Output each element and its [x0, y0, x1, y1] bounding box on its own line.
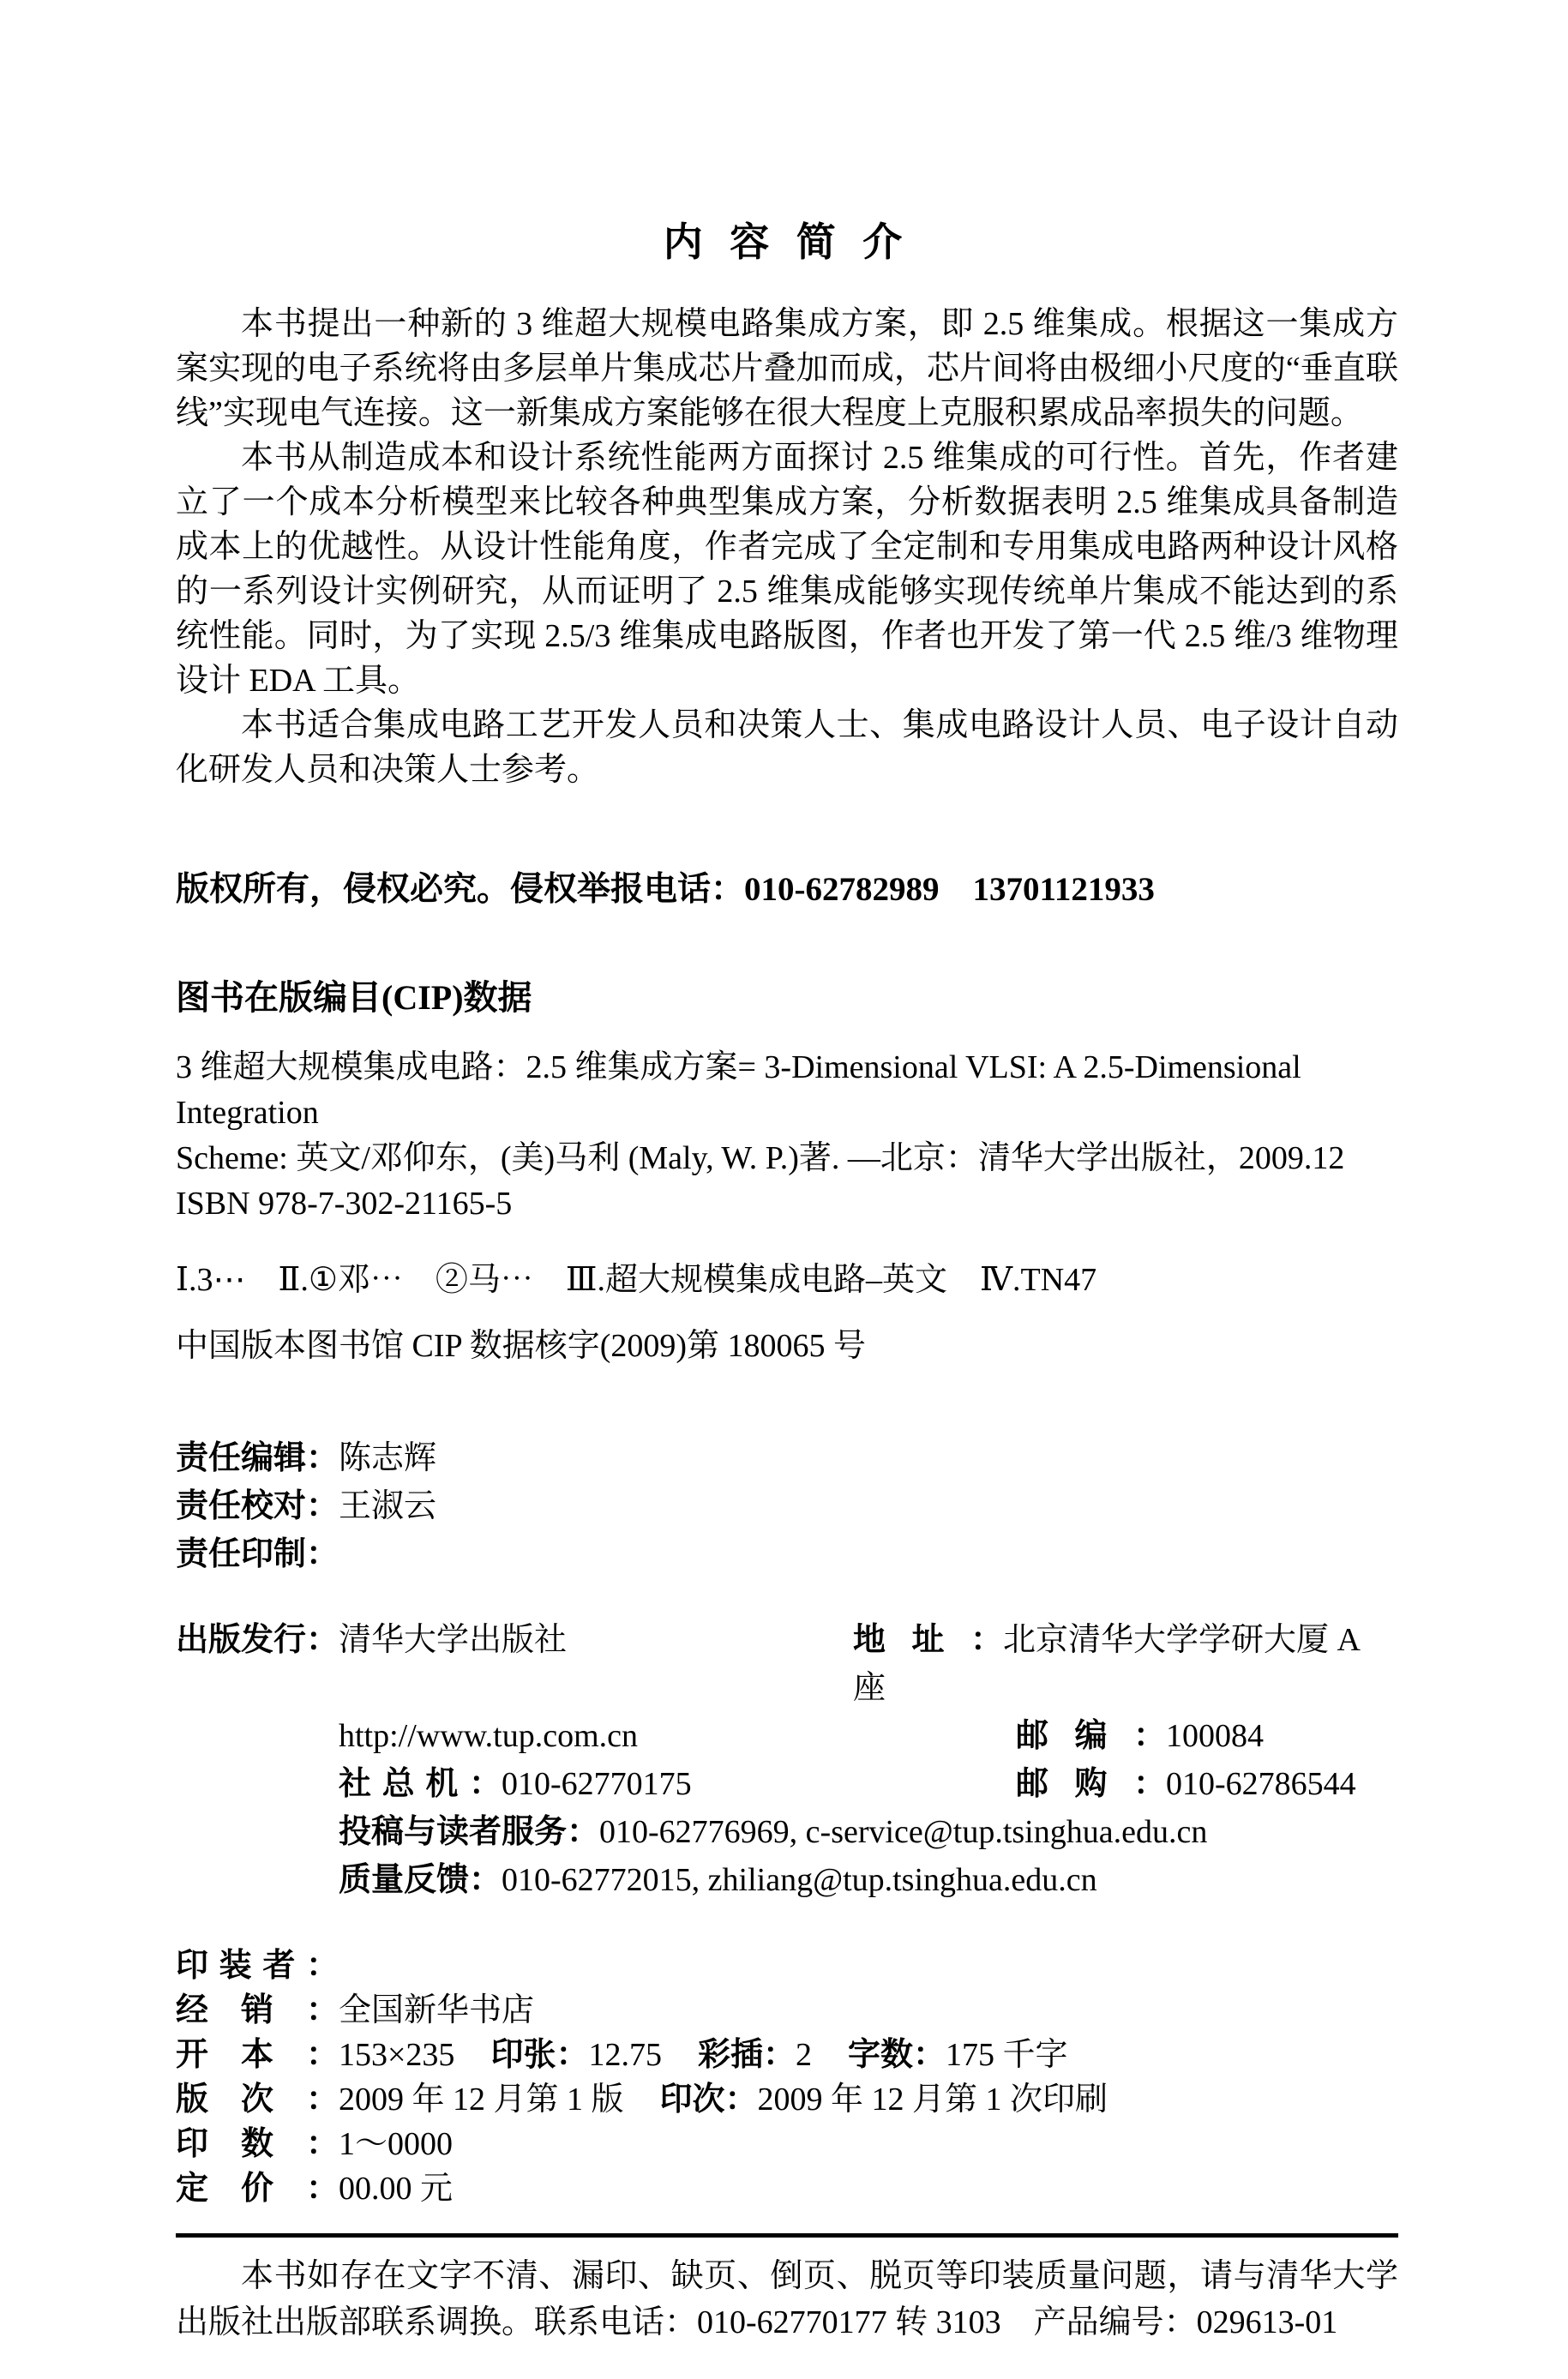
sheets-label: 印张：: [490, 2037, 588, 2073]
distributor-row: 经销：全国新华书店: [176, 1988, 1398, 2033]
word-count-value: 175 千字: [946, 2037, 1068, 2073]
quality-feedback-value: 010-62772015, zhiliang@tup.tsinghua.edu.…: [502, 1862, 1097, 1898]
intro-paragraph-3: 本书适合集成电路工艺开发人员和决策人士、集成电路设计人员、电子设计自动化研发人员…: [176, 703, 1398, 792]
mail-order-value: 010-62786544: [1166, 1766, 1356, 1802]
inserts-label: 彩插：: [698, 2037, 796, 2073]
publisher-row-1: 出版发行：清华大学出版社 地址：北京清华大学学研大厦 A 座: [176, 1616, 1398, 1712]
printer-label: 印装者：: [176, 1943, 339, 1988]
word-count-label: 字数：: [848, 2037, 946, 2073]
impression-value: 2009 年 12 月第 1 次印刷: [758, 2082, 1108, 2118]
postcode-value: 100084: [1166, 1718, 1264, 1754]
publisher-name: 清华大学出版社: [339, 1622, 567, 1658]
intro-paragraph-2: 本书从制造成本和设计系统性能两方面探讨 2.5 维集成的可行性。首先，作者建立了…: [176, 436, 1398, 703]
publisher-row-2: http://www.tup.com.cn 邮编：100084: [176, 1712, 1398, 1760]
distributor-label: 经销：: [176, 1988, 339, 2033]
switchboard-label: 社总机：: [339, 1760, 502, 1808]
footer-divider: [176, 2233, 1398, 2238]
format-row: 开本：153×235印张：12.75彩插：2字数：175 千字: [176, 2033, 1398, 2077]
print-supervisor-label: 责任印制：: [176, 1536, 339, 1572]
format-value: 153×235: [339, 2037, 454, 2073]
cip-author-line: Scheme: 英文/邓仰东，(美)马利 (Maly, W. P.)著. —北京…: [176, 1136, 1398, 1181]
cip-title-line: 3 维超大规模集成电路：2.5 维集成方案= 3-Dimensional VLS…: [176, 1045, 1398, 1136]
intro-section: 本书提出一种新的 3 维超大规模电路集成方案，即 2.5 维集成。根据这一集成方…: [176, 302, 1398, 792]
publisher-row-4: 投稿与读者服务：010-62776969, c-service@tup.tsin…: [176, 1808, 1398, 1856]
print-run-value: 1～0000: [339, 2126, 453, 2162]
intro-paragraph-1: 本书提出一种新的 3 维超大规模电路集成方案，即 2.5 维集成。根据这一集成方…: [176, 302, 1398, 436]
copyright-page: 内 容 简 介 本书提出一种新的 3 维超大规模电路集成方案，即 2.5 维集成…: [0, 0, 1568, 2379]
price-row: 定价：00.00 元: [176, 2166, 1398, 2211]
edition-row: 版次：2009 年 12 月第 1 版印次：2009 年 12 月第 1 次印刷: [176, 2077, 1398, 2122]
inserts-value: 2: [796, 2037, 812, 2073]
publisher-label: 出版发行：: [176, 1616, 339, 1664]
reader-service-value: 010-62776969, c-service@tup.tsinghua.edu…: [599, 1814, 1207, 1850]
publisher-row-3: 社总机：010-62770175 邮购：010-62786544: [176, 1760, 1398, 1808]
price-value: 00.00 元: [339, 2171, 453, 2207]
sheets-value: 12.75: [588, 2037, 662, 2073]
mail-order-label: 邮购：: [1016, 1760, 1166, 1808]
printer-row: 印装者：: [176, 1943, 1398, 1988]
editor-row: 责任编辑：陈志辉: [176, 1434, 1398, 1482]
format-label: 开本：: [176, 2033, 339, 2077]
print-run-row: 印数：1～0000: [176, 2122, 1398, 2166]
edition-label: 版次：: [176, 2077, 339, 2122]
publisher-section: 出版发行：清华大学出版社 地址：北京清华大学学研大厦 A 座 http://ww…: [176, 1616, 1398, 1904]
cip-record-number: 中国版本图书馆 CIP 数据核字(2009)第 180065 号: [176, 1319, 1398, 1366]
proofreader-row: 责任校对：王淑云: [176, 1482, 1398, 1530]
postcode-label: 邮编：: [1016, 1712, 1166, 1760]
print-supervisor-row: 责任印制：: [176, 1530, 1398, 1578]
proofreader-label: 责任校对：: [176, 1488, 339, 1524]
isbn-line: ISBN 978-7-302-21165-5: [176, 1181, 1398, 1227]
reader-service-label: 投稿与读者服务：: [339, 1814, 599, 1850]
cip-classification: Ⅰ.3⋯ Ⅱ.①邓⋯ ②马⋯ Ⅲ.超大规模集成电路–英文 Ⅳ.TN47: [176, 1253, 1398, 1300]
staff-section: 责任编辑：陈志辉 责任校对：王淑云 责任印制：: [176, 1434, 1398, 1578]
print-run-label: 印数：: [176, 2122, 339, 2166]
edition-value: 2009 年 12 月第 1 版: [339, 2082, 624, 2118]
publisher-row-5: 质量反馈：010-62772015, zhiliang@tup.tsinghua…: [176, 1856, 1398, 1904]
page-title: 内 容 简 介: [176, 211, 1398, 267]
editor-label: 责任编辑：: [176, 1440, 339, 1476]
price-label: 定价：: [176, 2166, 339, 2211]
switchboard-value: 010-62770175: [502, 1766, 692, 1802]
distributor-value: 全国新华书店: [339, 1992, 534, 2028]
quality-problem-note: 本书如存在文字不清、漏印、缺页、倒页、脱页等印装质量问题，请与清华大学出版社出版…: [176, 2253, 1398, 2346]
cip-heading: 图书在版编目(CIP)数据: [176, 970, 1398, 1019]
copyright-notice: 版权所有，侵权必究。侵权举报电话：010-62782989 1370112193…: [176, 862, 1398, 910]
quality-feedback-label: 质量反馈：: [339, 1862, 502, 1898]
address-label: 地址：: [853, 1616, 1003, 1664]
publisher-website: http://www.tup.com.cn: [339, 1718, 638, 1754]
proofreader-name: 王淑云: [339, 1488, 436, 1524]
colophon-section: 印装者： 经销：全国新华书店 开本：153×235印张：12.75彩插：2字数：…: [176, 1943, 1398, 2211]
cip-entry: 3 维超大规模集成电路：2.5 维集成方案= 3-Dimensional VLS…: [176, 1045, 1398, 1227]
impression-label: 印次：: [660, 2082, 758, 2118]
editor-name: 陈志辉: [339, 1440, 436, 1476]
